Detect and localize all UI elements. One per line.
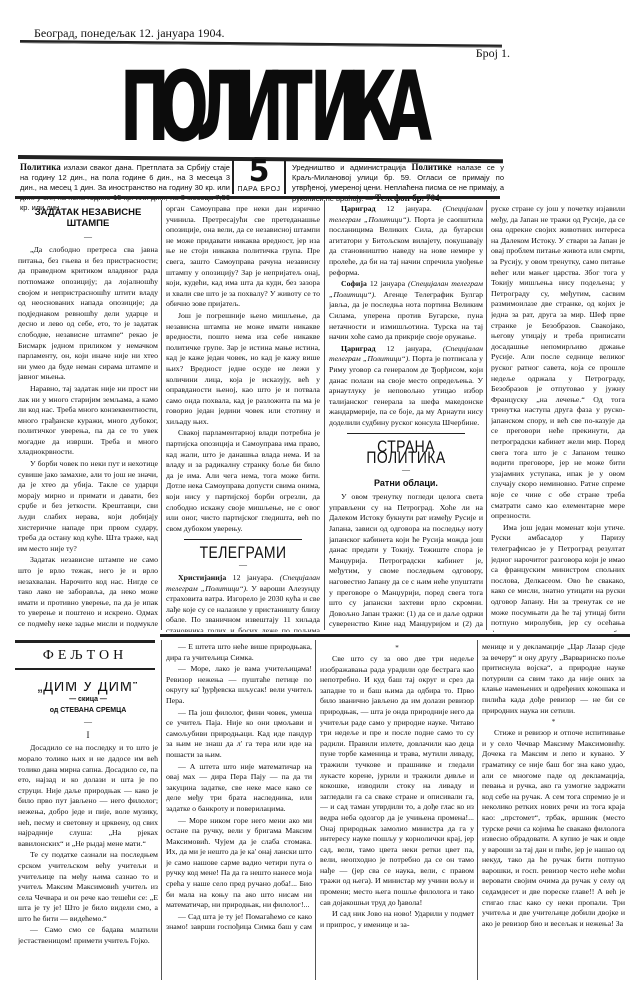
heading-dash: — — [18, 718, 158, 726]
price-label: ПАРА БРОЈ — [234, 186, 284, 193]
paragraph: И сад ник Јово на ново! Ударили у подмет… — [320, 909, 474, 930]
feuilleton-rule-bottom — [15, 668, 155, 670]
paragraph: руске стране су још у почетку изјавили м… — [491, 204, 625, 522]
telegram-place: Цариград — [341, 344, 376, 353]
paragraph: — Па још филолог, фини човек, умеша се у… — [166, 708, 312, 761]
paragraph: Те су податке сазнали на последњем срско… — [18, 850, 158, 924]
telegram-place: Софија — [341, 279, 367, 288]
paragraph: орган Самоуправа пре неки дан изрично уч… — [166, 204, 320, 310]
paragraph: менице и у декламације „Цар Лазар сједе … — [482, 642, 625, 716]
section-star: * — [320, 644, 474, 652]
section-rule — [347, 433, 465, 434]
masthead-letter: Л — [196, 60, 220, 154]
paragraph: — Само смо се бадава млатили јестаствени… — [18, 925, 158, 946]
telegram-date: 12 јануара — [370, 279, 405, 288]
telegram-place: Христијанија — [178, 573, 226, 582]
paragraph: Стиже и ревизор и отпоче испитивање и у … — [482, 728, 625, 929]
newspaper-page: Београд, понедељак 12. јануара 1904. Бро… — [0, 0, 640, 990]
telegram: Цариград 12 јануара. (Специјалан телегра… — [329, 204, 483, 278]
paragraph: — Е штета што неће више природњака, дира… — [166, 642, 312, 663]
paragraph: — Море ником горе него мени ако ми остан… — [166, 816, 312, 911]
paragraph: Још је погрешније њено мишљење, да незав… — [166, 311, 320, 428]
masthead-letter: И — [234, 60, 258, 154]
paragraph: Задатак независне штампе не само што је … — [18, 555, 158, 632]
story-title: „ДИМ У ДИМ“ — [25, 682, 151, 693]
paragraph: Има још један моменат који утиче. Руски … — [491, 523, 625, 632]
telegram: Цариград 12 јануара, (Специјалан телегра… — [329, 344, 483, 429]
feuilleton-column-4: менице и у декламације „Цар Лазар сједе … — [482, 642, 625, 932]
paragraph: Досадило се на последку и то што је мора… — [18, 743, 158, 849]
column-divider — [477, 640, 478, 980]
feuilleton-label: ФЕЉТОН — [20, 648, 150, 664]
telegram-date: 12 јануара, — [387, 344, 432, 353]
article-heading: ЗАДАТАК НЕЗАВИСНЕ ШТАМПЕ — [18, 208, 158, 229]
column-divider — [315, 640, 316, 980]
telegram-text: Порта је потписала у Риму уговор са гене… — [329, 354, 483, 427]
section-star: * — [482, 718, 625, 726]
story-author: од СТЕВАНА СРЕМЦА — [18, 706, 158, 717]
telegram-date: 12 јануара. — [387, 204, 432, 213]
paragraph: Свакој парламентарној влади потребна је … — [166, 428, 320, 534]
column-divider — [486, 200, 487, 630]
masthead-letter: И — [310, 60, 334, 154]
paragraph: Наравно, тај задатак није ни прост ни ла… — [18, 384, 158, 458]
paragraph: У борби човек по неки пут и нехотице сув… — [18, 459, 158, 554]
price-box: 5 ПАРА БРОЈ — [232, 158, 286, 194]
telegram: Софија 12 јануара (Специјалан телеграм „… — [329, 279, 483, 343]
paragraph: Све што су за ово две три недеље изображ… — [320, 654, 474, 908]
feuilleton-rule-top — [15, 640, 155, 643]
masthead-letter: П — [120, 60, 144, 154]
telegram-place: Цариград — [341, 204, 376, 213]
price-value: 5 — [234, 158, 284, 186]
column-divider — [161, 640, 162, 980]
masthead-letter: Т — [272, 60, 296, 154]
heading-dash: — — [18, 233, 158, 241]
masthead-letter: О — [158, 60, 182, 154]
section-rule — [184, 539, 302, 540]
paragraph: „Да слободно претреса сва јавна питања, … — [18, 245, 158, 383]
article-continuation: орган Самоуправа пре неки дан изрично уч… — [166, 204, 320, 632]
paragraph: — Сад шта је ту је! Помагаћемо се како з… — [166, 912, 312, 932]
office-lead: Уредништво и администрација — [292, 163, 406, 172]
telegrams-and-foreign-politics: Цариград 12 јануара. (Специјалан телегра… — [329, 204, 483, 632]
feuilleton-column-1: „ДИМ У ДИМ“ — скица — од СТЕВАНА СРЕМЦА … — [18, 682, 158, 982]
paragraph: У овом тренутку погледи целога света упр… — [329, 492, 483, 632]
foreign-politics-subheading: Ратни облаци. — [329, 478, 483, 489]
chapter-number: I — [18, 730, 158, 741]
telegrams-heading: ТЕЛЕГРАМИ — [180, 548, 306, 559]
masthead-letter: К — [348, 60, 372, 154]
header-bottom-rule — [15, 196, 500, 199]
issue-number: Број 1. — [476, 46, 510, 61]
telegram: Христијанија 12 јануара. (Специјалан тел… — [166, 573, 320, 632]
office-name: Политике — [411, 162, 451, 172]
telegram-date: 12 јануара. — [233, 573, 274, 582]
feuilleton-column-2: — Е штета што неће више природњака, дира… — [166, 642, 312, 932]
feuilleton-rule — [160, 634, 630, 637]
feuilleton-column-3: * Све што су за ово две три недеље изобр… — [320, 642, 474, 932]
article-independent-press: ЗАДАТАК НЕЗАВИСНЕ ШТАМПЕ — „Да слободно … — [18, 202, 158, 632]
subscription-lead: Политика — [20, 162, 61, 172]
story-genre: — скица — — [18, 695, 158, 706]
masthead-title: П О Л И Т И К А — [120, 60, 400, 154]
foreign-politics-heading: СТРАНА ПОЛИТИКА — [343, 442, 469, 463]
dateline: Београд, понедељак 12. јануара 1904. — [34, 26, 224, 41]
paragraph: — А штета што није математичар на овај м… — [166, 762, 312, 815]
column-divider — [324, 200, 325, 630]
column-divider — [161, 200, 162, 630]
paragraph: — Море, лако је вама учитељицама! Ревизо… — [166, 664, 312, 706]
masthead-letter: А — [386, 60, 410, 154]
foreign-politics-continuation: руске стране су још у почетку изјавили м… — [491, 204, 625, 632]
